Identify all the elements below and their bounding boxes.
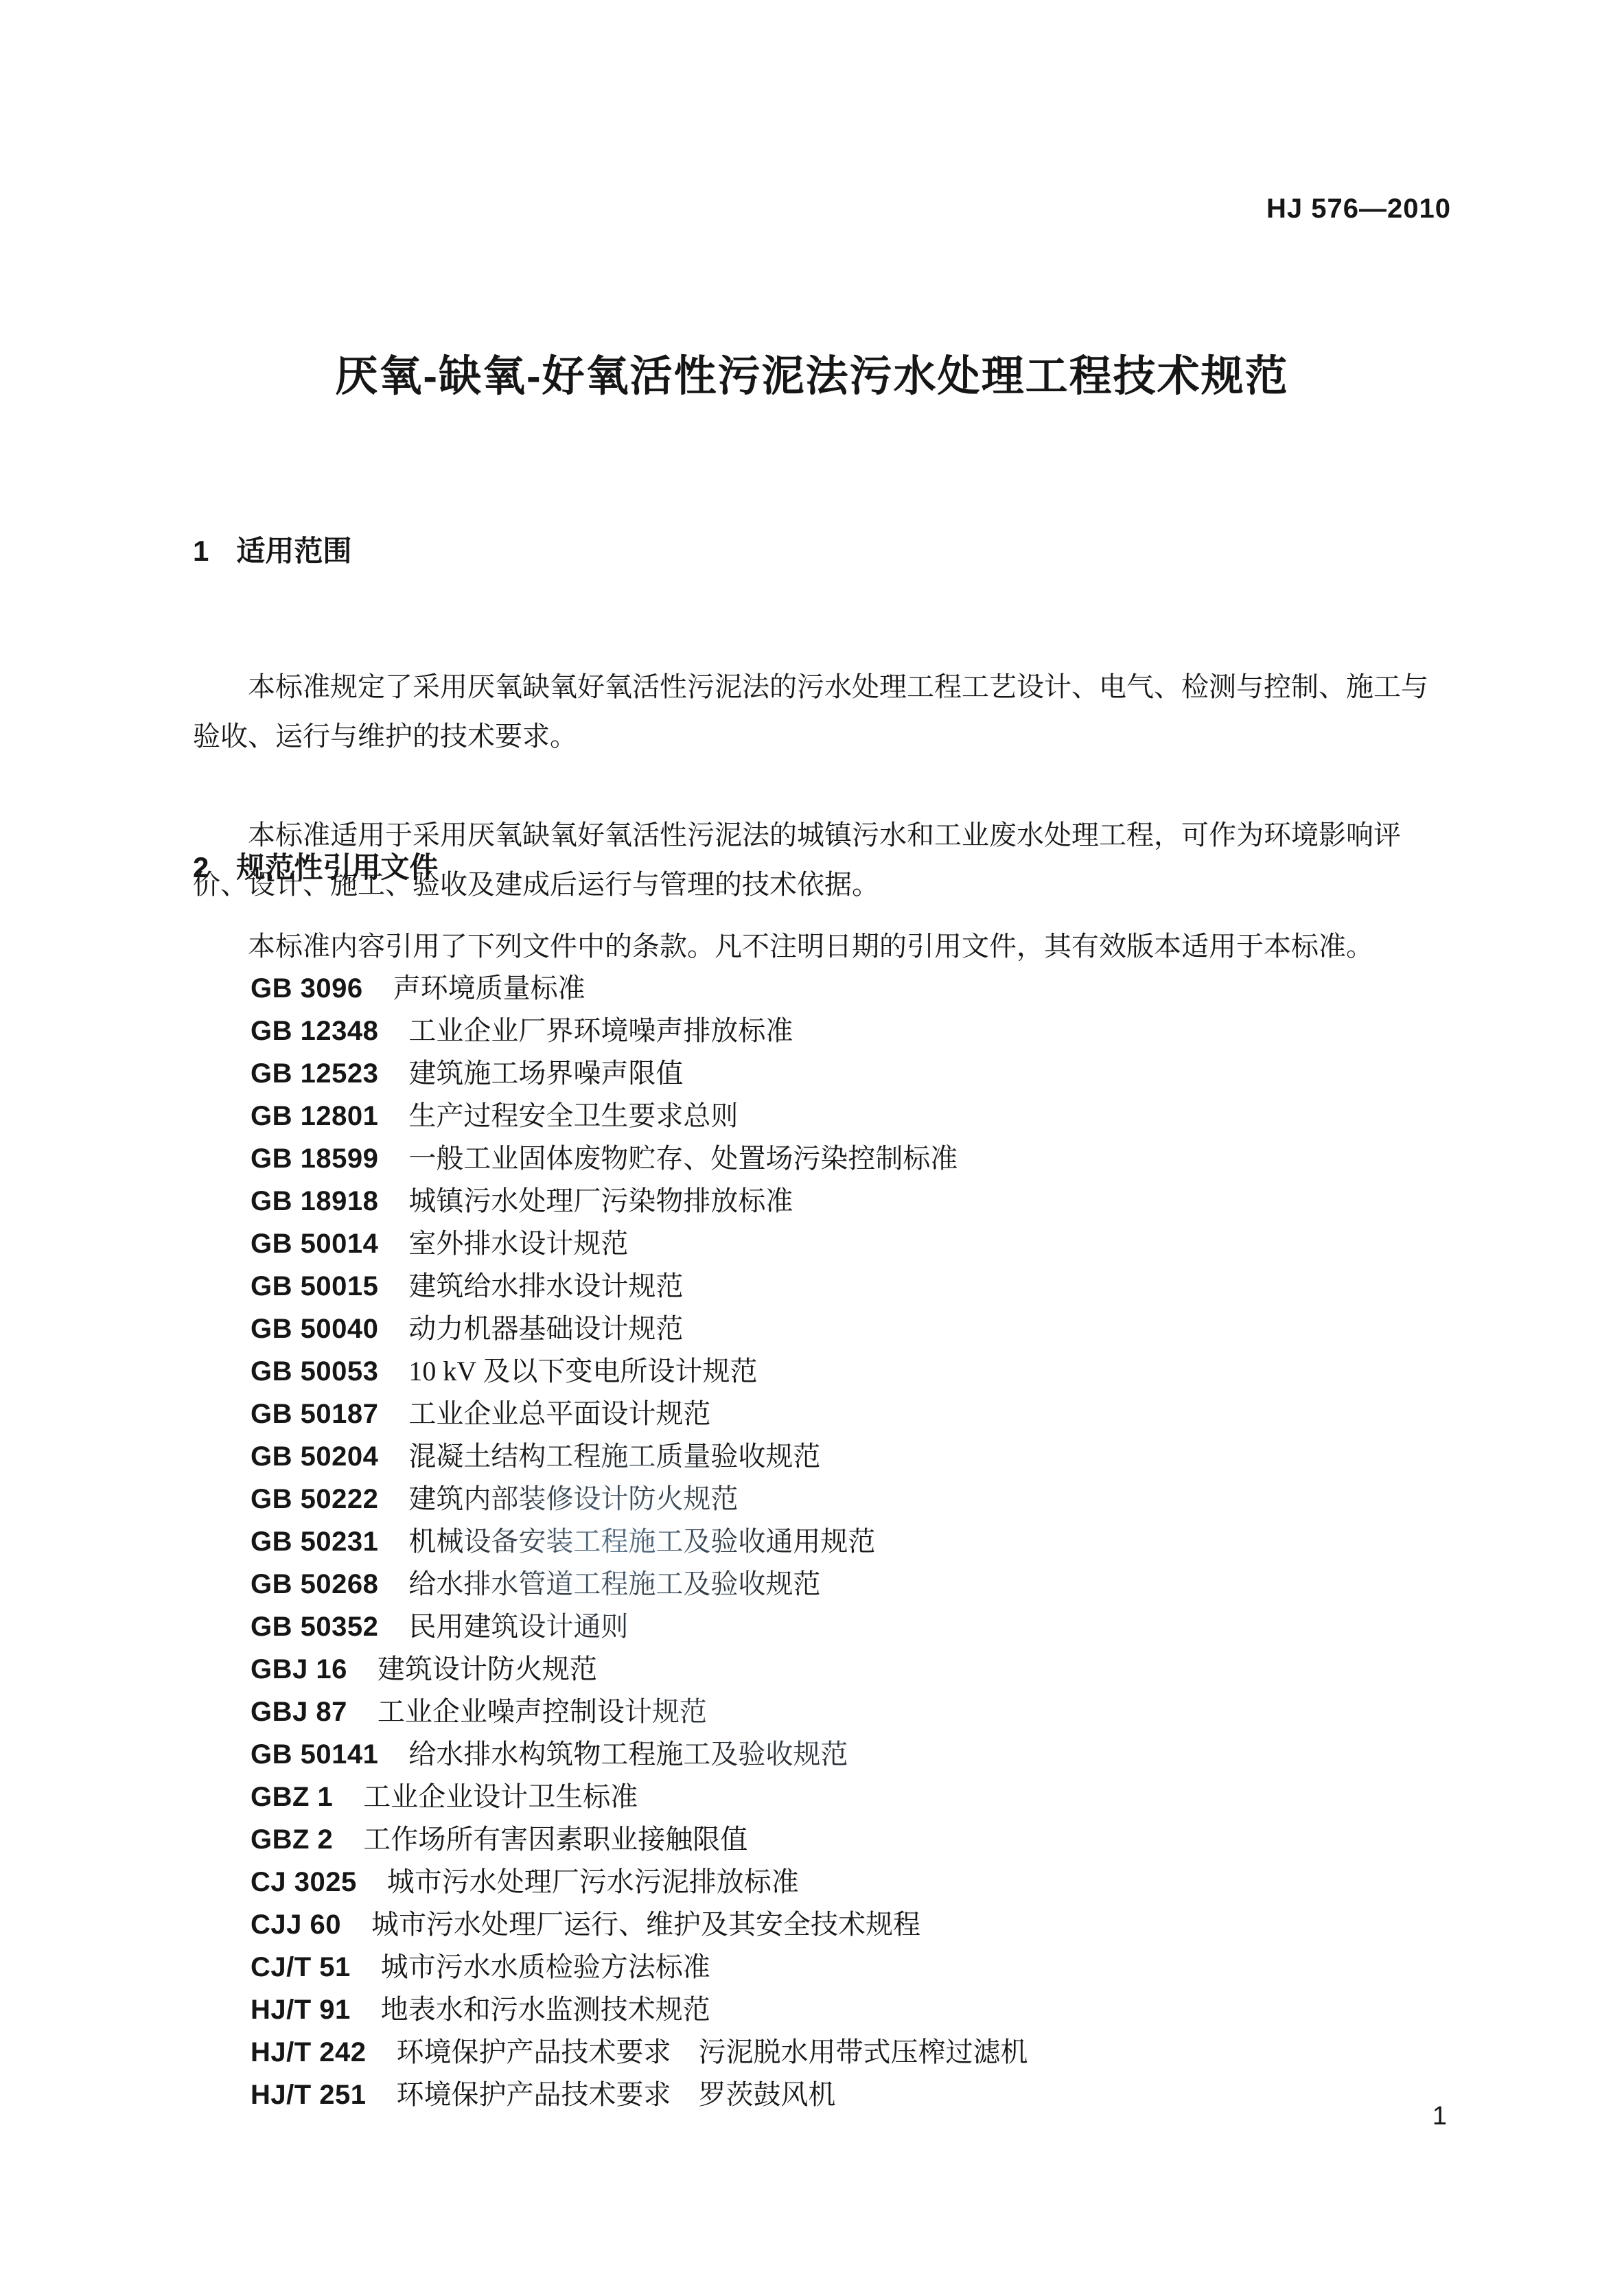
reference-code: GB 50187 (251, 1399, 378, 1429)
reference-title: 给水排水构筑物工程施工及验收规范 (408, 1739, 848, 1770)
reference-code: CJ 3025 (251, 1867, 357, 1897)
reference-title: 城市污水水质检验方法标准 (381, 1951, 710, 1982)
reference-item: HJ/T 242环境保护产品技术要求 污泥脱水用带式压榨过滤机 (193, 2031, 1459, 2074)
reference-title: 建筑内部装修设计防火规范 (408, 1483, 738, 1514)
reference-code: GB 50015 (251, 1271, 378, 1301)
reference-code: GB 50053 (251, 1356, 378, 1387)
reference-title: 给水排水管道工程施工及验收规范 (408, 1568, 820, 1599)
reference-item: GBJ 16建筑设计防火规范 (193, 1648, 1459, 1691)
reference-title: 城市污水处理厂运行、维护及其安全技术规程 (371, 1909, 920, 1940)
reference-code: HJ/T 251 (251, 2080, 367, 2110)
reference-item: GB 18599一般工业固体废物贮存、处置场污染控制标准 (193, 1137, 1459, 1180)
reference-item: HJ/T 251环境保护产品技术要求 罗茨鼓风机 (193, 2074, 1459, 2116)
reference-title: 生产过程安全卫生要求总则 (408, 1100, 738, 1131)
section-2-body: 本标准内容引用了下列文件中的条款。凡不注明日期的引用文件，其有效版本适用于本标准… (193, 925, 1459, 2116)
reference-code: GB 18599 (251, 1144, 378, 1174)
section-1-heading: 1适用范围 (193, 529, 351, 570)
reference-code: HJ/T 242 (251, 2037, 367, 2067)
reference-title: 10 kV 及以下变电所设计规范 (408, 1356, 757, 1387)
reference-title: 工业企业设计卫生标准 (363, 1781, 638, 1812)
reference-code: GB 12348 (251, 1016, 378, 1046)
reference-code: GB 18918 (251, 1186, 378, 1216)
reference-title: 一般工业固体废物贮存、处置场污染控制标准 (408, 1143, 958, 1174)
reference-item: HJ/T 91地表水和污水监测技术规范 (193, 1988, 1459, 2031)
doc-title: 厌氧-缺氧-好氧活性污泥法污水处理工程技术规范 (0, 342, 1624, 403)
reference-title: 环境保护产品技术要求 罗茨鼓风机 (397, 2079, 836, 2110)
reference-title: 建筑设计防火规范 (378, 1654, 597, 1684)
reference-title: 城镇污水处理厂污染物排放标准 (408, 1185, 793, 1216)
reference-title: 环境保护产品技术要求 污泥脱水用带式压榨过滤机 (397, 2037, 1028, 2067)
reference-item: GB 50141给水排水构筑物工程施工及验收规范 (193, 1733, 1459, 1776)
reference-code: GB 50014 (251, 1229, 378, 1259)
section-2-heading: 2规范性引用文件 (193, 845, 438, 886)
paragraph: 本标准规定了采用厌氧缺氧好氧活性污泥法的污水处理工程工艺设计、电气、检测与控制、… (193, 662, 1456, 761)
reference-item: GB 12348工业企业厂界环境噪声排放标准 (193, 1010, 1459, 1052)
reference-item: GB 18918城镇污水处理厂污染物排放标准 (193, 1180, 1459, 1222)
reference-item: GB 50352民用建筑设计通则 (193, 1605, 1459, 1648)
reference-title: 混凝土结构工程施工质量验收规范 (408, 1441, 820, 1472)
reference-title: 机械设备安装工程施工及验收通用规范 (408, 1526, 875, 1557)
reference-code: GB 50268 (251, 1569, 378, 1599)
reference-item: GB 3096声环境质量标准 (193, 967, 1459, 1010)
section-title: 规范性引用文件 (236, 851, 438, 883)
reference-code: GB 50352 (251, 1612, 378, 1642)
references-intro: 本标准内容引用了下列文件中的条款。凡不注明日期的引用文件，其有效版本适用于本标准… (193, 925, 1459, 967)
reference-item: GBZ 2工作场所有害因素职业接触限值 (193, 1818, 1459, 1861)
reference-title: 室外排水设计规范 (408, 1228, 628, 1259)
reference-code: GBJ 87 (251, 1697, 347, 1727)
reference-code: CJ/T 51 (251, 1952, 351, 1982)
reference-item: GB 50014室外排水设计规范 (193, 1222, 1459, 1265)
reference-code: CJJ 60 (251, 1910, 341, 1940)
reference-code: GB 50141 (251, 1739, 378, 1770)
document-page: HJ 576—2010 厌氧-缺氧-好氧活性污泥法污水处理工程技术规范 1适用范… (0, 0, 1624, 2296)
reference-title: 城市污水处理厂污水污泥排放标准 (387, 1866, 799, 1897)
reference-item: GB 12801生产过程安全卫生要求总则 (193, 1095, 1459, 1137)
reference-code: GBZ 2 (251, 1824, 333, 1855)
reference-title: 工业企业噪声控制设计规范 (378, 1696, 707, 1727)
reference-item: GB 50204混凝土结构工程施工质量验收规范 (193, 1435, 1459, 1478)
reference-title: 建筑给水排水设计规范 (408, 1271, 683, 1301)
reference-item: GB 50015建筑给水排水设计规范 (193, 1265, 1459, 1308)
reference-code: GBZ 1 (251, 1782, 333, 1812)
page-number: 1 (1432, 2102, 1447, 2131)
reference-title: 民用建筑设计通则 (408, 1611, 628, 1642)
reference-code: GB 50222 (251, 1484, 378, 1514)
reference-code: GB 50231 (251, 1527, 378, 1557)
reference-code: GB 50204 (251, 1441, 378, 1472)
section-number: 1 (193, 535, 209, 568)
section-1-body: 本标准规定了采用厌氧缺氧好氧活性污泥法的污水处理工程工艺设计、电气、检测与控制、… (193, 613, 1456, 959)
reference-code: GB 50040 (251, 1314, 378, 1344)
reference-item: GB 12523建筑施工场界噪声限值 (193, 1052, 1459, 1095)
reference-title: 地表水和污水监测技术规范 (381, 1994, 710, 2025)
reference-item: GB 50231机械设备安装工程施工及验收通用规范 (193, 1520, 1459, 1563)
reference-item: CJJ 60城市污水处理厂运行、维护及其安全技术规程 (193, 1903, 1459, 1946)
reference-item: GB 50222建筑内部装修设计防火规范 (193, 1478, 1459, 1520)
reference-code: HJ/T 91 (251, 1995, 351, 2025)
reference-item: GB 50268给水排水管道工程施工及验收规范 (193, 1563, 1459, 1605)
doc-code: HJ 576—2010 (0, 194, 1451, 224)
reference-item: CJ 3025城市污水处理厂污水污泥排放标准 (193, 1861, 1459, 1903)
reference-code: GB 12523 (251, 1058, 378, 1089)
reference-title: 建筑施工场界噪声限值 (408, 1058, 683, 1089)
reference-code: GB 3096 (251, 973, 363, 1004)
reference-title: 工业企业厂界环境噪声排放标准 (408, 1015, 793, 1046)
reference-item: GB 50040动力机器基础设计规范 (193, 1308, 1459, 1350)
reference-title: 动力机器基础设计规范 (408, 1313, 683, 1344)
reference-title: 工作场所有害因素职业接触限值 (363, 1824, 747, 1855)
reference-item: GBJ 87工业企业噪声控制设计规范 (193, 1691, 1459, 1733)
reference-item: CJ/T 51城市污水水质检验方法标准 (193, 1946, 1459, 1988)
reference-code: GB 12801 (251, 1101, 378, 1131)
reference-title: 声环境质量标准 (393, 973, 585, 1004)
references-list: GB 3096声环境质量标准 GB 12348工业企业厂界环境噪声排放标准 GB… (193, 967, 1459, 2116)
reference-item: GB 50187工业企业总平面设计规范 (193, 1393, 1459, 1435)
reference-code: GBJ 16 (251, 1654, 347, 1684)
reference-title: 工业企业总平面设计规范 (408, 1398, 710, 1429)
reference-item: GB 5005310 kV 及以下变电所设计规范 (193, 1350, 1459, 1393)
reference-item: GBZ 1工业企业设计卫生标准 (193, 1776, 1459, 1818)
section-title: 适用范围 (236, 535, 351, 567)
section-number: 2 (193, 851, 209, 884)
